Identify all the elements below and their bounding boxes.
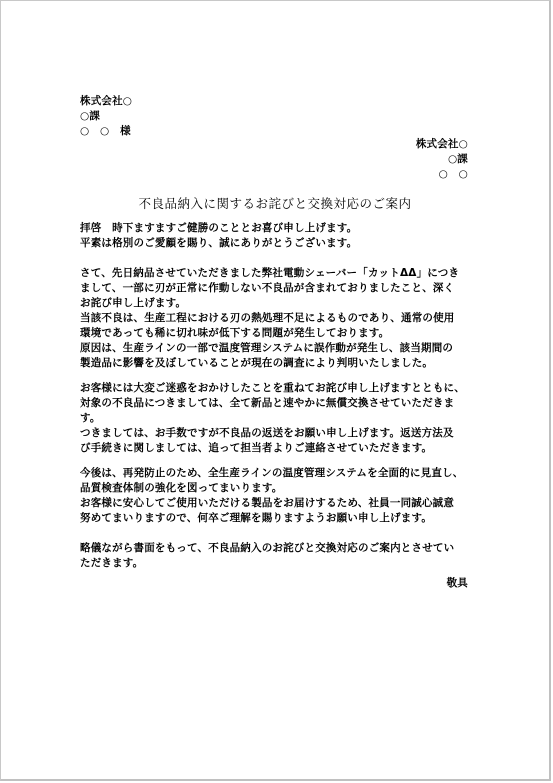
body-line: お客様に安心してご使用いただける製品をお届けするため、社員一同誠心誠意 — [80, 496, 454, 511]
recipient-company: 株式会社○ — [80, 94, 132, 109]
body-line: 努めてまいりますので、何卒ご理解を賜りますようお願い申し上げます。 — [80, 511, 432, 526]
body-line: す。 — [80, 411, 101, 426]
sender-company: 株式会社○ — [416, 137, 468, 152]
body-line: 製造品に影響を及ぼしていることが現在の調査により判明いたしました。 — [80, 356, 433, 371]
body-line: 略儀ながら書面をもって、不良品納入のお詫びと交換対応のご案内とさせてい — [80, 541, 454, 556]
sender-name: ○ ○ — [439, 167, 468, 182]
sender-department: ○課 — [448, 152, 468, 167]
document-title: 不良品納入に関するお詫びと交換対応のご案内 — [1, 196, 549, 211]
greeting-line: 平素は格別のご愛顧を賜り、誠にありがとうございます。 — [80, 236, 357, 251]
body-line: お詫び申し上げます。 — [80, 296, 186, 311]
document-page: 株式会社○ ○課 ○ ○ 様 株式会社○ ○課 ○ ○ 不良品納入に関するお詫び… — [0, 0, 551, 781]
body-line: 原因は、生産ラインの一部で温度管理システムに誤作動が発生し、該当期間の — [80, 341, 453, 356]
body-line: つきましては、お手数ですが不良品の返送をお願い申し上げます。返送方法及 — [80, 426, 454, 441]
recipient-department: ○課 — [80, 109, 100, 124]
body-line: お客様には大変ご迷惑をおかけしたことを重ねてお詫び申し上げますとともに、 — [80, 381, 465, 396]
body-line: 品質検査体制の強化を図ってまいります。 — [80, 481, 282, 496]
body-line: 今後は、再発防止のため、全生産ラインの温度管理システムを全面的に見直し、 — [80, 466, 463, 481]
closing: 敬具 — [447, 576, 468, 591]
body-line: 対象の不良品につきましては、全て新品と速やかに無償交換させていただきま — [80, 396, 454, 411]
body-line: さて、先日納品させていただきました弊社電動シェーバー「カットΔΔ」につき — [80, 266, 459, 281]
body-line: 環境であっても稀に切れ味が低下する問題が発生しております。 — [80, 326, 389, 341]
body-line: まして、一部に刃が正常に作動しない不良品が含まれておりましたこと、深く — [80, 281, 454, 296]
recipient-name: ○ ○ 様 — [80, 124, 131, 139]
body-line: 当該不良は、生産工程における刃の熱処理不足によるものであり、通常の使用 — [80, 311, 455, 326]
body-line: ただきます。 — [80, 556, 143, 571]
body-line: び手続きに関しましては、追って担当者よりご連絡させていただきます。 — [80, 441, 432, 456]
greeting-line: 拝啓 時下ますますご健勝のこととお喜び申し上げます。 — [80, 221, 357, 236]
